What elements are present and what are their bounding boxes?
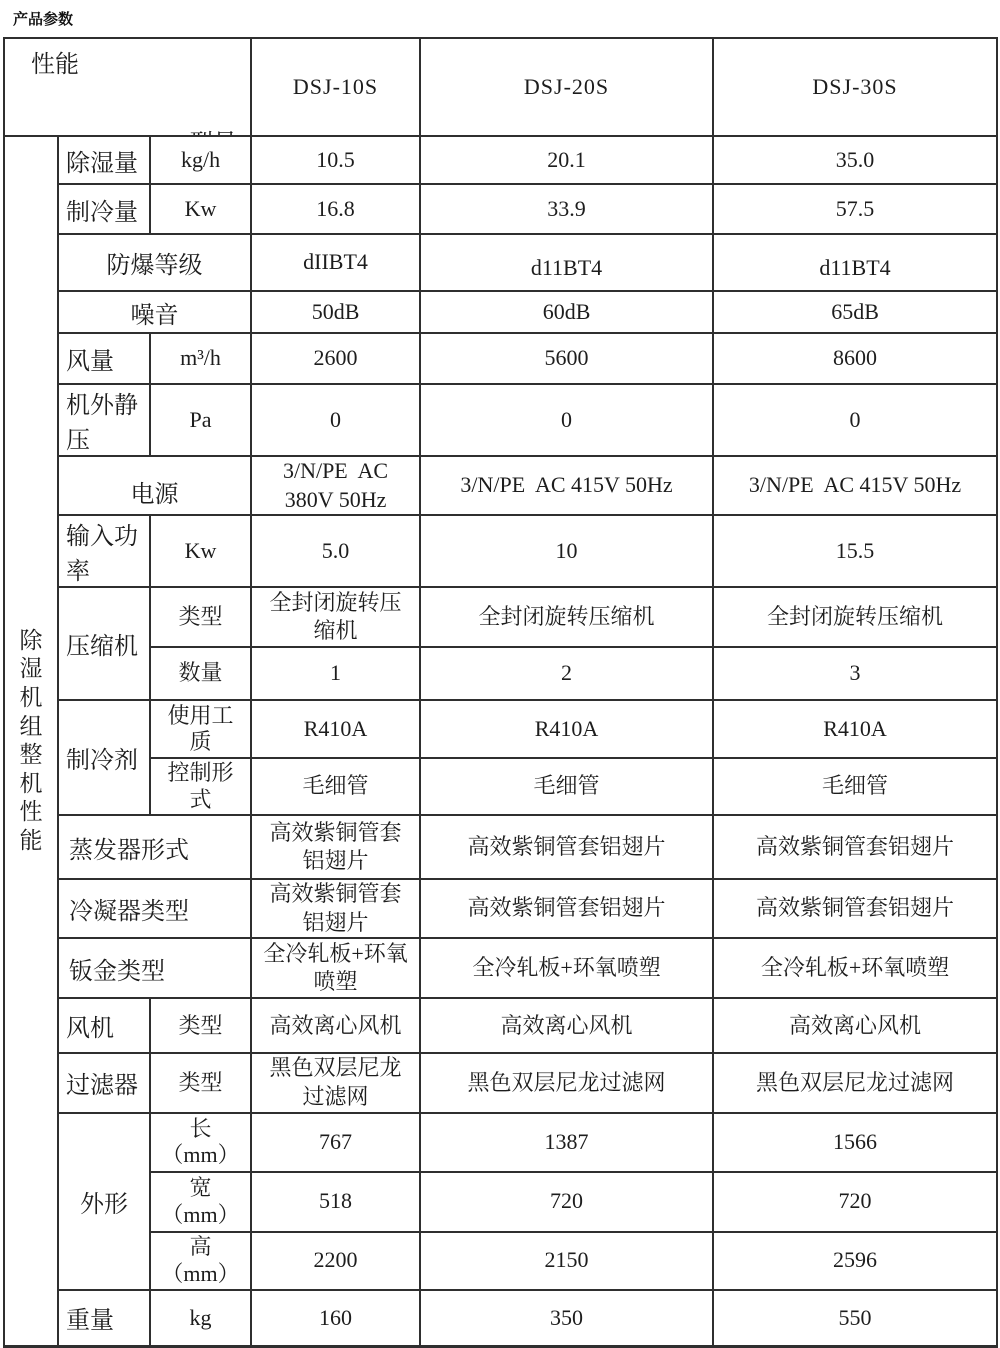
cell-value: 50dB	[251, 291, 420, 333]
table-row: 蒸发器形式 高效紫铜管套 铝翅片 高效紫铜管套铝翅片 高效紫铜管套铝翅片	[4, 815, 997, 879]
table-row: 风机 类型 高效离心风机 高效离心风机 高效离心风机	[4, 998, 997, 1053]
side-label: 除湿机组整机性能	[19, 627, 43, 855]
corner-model-label: 型号	[189, 123, 237, 136]
side-label-cell: 除湿机组整机性能	[4, 136, 58, 1347]
cell-value: 2596	[713, 1232, 997, 1290]
cell-value: 高效紫铜管套铝翅片	[713, 815, 997, 879]
cell-value: 高效紫铜管套 铝翅片	[251, 879, 420, 938]
row-unit: Kw	[150, 515, 251, 587]
cell-value: 0	[713, 384, 997, 456]
cell-value: 1	[251, 647, 420, 700]
cell-value: 350	[420, 1290, 713, 1347]
row-unit: Kw	[150, 184, 251, 234]
cell-value: 全冷轧板+环氧 喷塑	[251, 938, 420, 998]
row-label: 蒸发器形式	[58, 815, 251, 879]
cell-value: R410A	[251, 700, 420, 758]
cell-value: 10.5	[251, 136, 420, 184]
table-row: 制冷剂 使用工 质 R410A R410A R410A	[4, 700, 997, 758]
cell-value: 518	[251, 1172, 420, 1232]
cell-value: 全冷轧板+环氧喷塑	[713, 938, 997, 998]
table-row: 压缩机 类型 全封闭旋转压 缩机 全封闭旋转压缩机 全封闭旋转压缩机	[4, 587, 997, 647]
corner-cell: 型号 性能	[4, 38, 251, 136]
row-unit: 高 （mm）	[150, 1232, 251, 1290]
row-label: 输入功率	[58, 515, 150, 587]
table-row: 噪音 50dB 60dB 65dB	[4, 291, 997, 333]
row-label: 冷凝器类型	[58, 879, 251, 938]
row-unit: kg/h	[150, 136, 251, 184]
row-unit: 控制形 式	[150, 758, 251, 815]
cell-value: 1566	[713, 1113, 997, 1172]
row-label: 噪音	[58, 291, 251, 333]
cell-value: 720	[420, 1172, 713, 1232]
table-row: 控制形 式 毛细管 毛细管 毛细管	[4, 758, 997, 815]
cell-value: 720	[713, 1172, 997, 1232]
corner-performance-label: 性能	[31, 44, 79, 79]
cell-value: 黑色双层尼龙过滤网	[420, 1053, 713, 1112]
row-label: 过滤器	[58, 1053, 150, 1112]
cell-value: 33.9	[420, 184, 713, 234]
cell-value: 2150	[420, 1232, 713, 1290]
cell-value: 高效紫铜管套铝翅片	[713, 879, 997, 938]
cell-value: 160	[251, 1290, 420, 1347]
row-unit: 类型	[150, 1053, 251, 1112]
cell-value: 35.0	[713, 136, 997, 184]
cell-value: 3/N/PE AC 415V 50Hz	[713, 456, 997, 515]
cell-value: 1387	[420, 1113, 713, 1172]
row-group-label: 外形	[58, 1113, 150, 1290]
row-unit: 类型	[150, 587, 251, 647]
row-unit: kg	[150, 1290, 251, 1347]
row-group-label: 制冷剂	[58, 700, 150, 815]
row-label: 防爆等级	[58, 234, 251, 291]
table-row: 宽 （mm） 518 720 720	[4, 1172, 997, 1232]
row-label: 制冷量	[58, 184, 150, 234]
cell-value: 3/N/PE AC 415V 50Hz	[420, 456, 713, 515]
cell-value: 10	[420, 515, 713, 587]
row-unit: 长 （mm）	[150, 1113, 251, 1172]
cell-value: 2200	[251, 1232, 420, 1290]
cell-value: 5600	[420, 333, 713, 384]
cell-value: d11BT4	[713, 234, 997, 291]
row-unit: m³/h	[150, 333, 251, 384]
table-header-row: 型号 性能 DSJ-10S DSJ-20S DSJ-30S	[4, 38, 997, 136]
cell-value: 全封闭旋转压缩机	[420, 587, 713, 647]
table-row: 过滤器 类型 黑色双层尼龙 过滤网 黑色双层尼龙过滤网 黑色双层尼龙过滤网	[4, 1053, 997, 1112]
cell-value: 767	[251, 1113, 420, 1172]
row-unit: Pa	[150, 384, 251, 456]
row-label: 机外静压	[58, 384, 150, 456]
row-label: 重量	[58, 1290, 150, 1347]
product-parameters-table: 型号 性能 DSJ-10S DSJ-20S DSJ-30S 除湿机组整机性能 除…	[3, 37, 998, 1348]
model-header-dsj30s: DSJ-30S	[713, 38, 997, 136]
row-unit: 类型	[150, 998, 251, 1053]
cell-value: 60dB	[420, 291, 713, 333]
row-unit: 使用工 质	[150, 700, 251, 758]
cell-value: 3	[713, 647, 997, 700]
cell-value: 全封闭旋转压 缩机	[251, 587, 420, 647]
cell-value: 550	[713, 1290, 997, 1347]
table-row: 外形 长 （mm） 767 1387 1566	[4, 1113, 997, 1172]
row-unit: 宽 （mm）	[150, 1172, 251, 1232]
page-title: 产品参数	[13, 8, 73, 29]
model-header-dsj10s: DSJ-10S	[251, 38, 420, 136]
cell-value: 高效紫铜管套铝翅片	[420, 879, 713, 938]
table-row: 除湿机组整机性能 除湿量 kg/h 10.5 20.1 35.0	[4, 136, 997, 184]
cell-value: 8600	[713, 333, 997, 384]
cell-value: 0	[420, 384, 713, 456]
cell-value: R410A	[713, 700, 997, 758]
table-row: 风量 m³/h 2600 5600 8600	[4, 333, 997, 384]
row-label: 电源	[58, 456, 251, 515]
cell-value: 毛细管	[420, 758, 713, 815]
table-row: 钣金类型 全冷轧板+环氧 喷塑 全冷轧板+环氧喷塑 全冷轧板+环氧喷塑	[4, 938, 997, 998]
cell-value: 全冷轧板+环氧喷塑	[420, 938, 713, 998]
table-row: 数量 1 2 3	[4, 647, 997, 700]
row-label: 除湿量	[58, 136, 150, 184]
cell-value: 57.5	[713, 184, 997, 234]
table-row: 冷凝器类型 高效紫铜管套 铝翅片 高效紫铜管套铝翅片 高效紫铜管套铝翅片	[4, 879, 997, 938]
row-label: 风机	[58, 998, 150, 1053]
cell-value: 黑色双层尼龙过滤网	[713, 1053, 997, 1112]
cell-value: 全封闭旋转压缩机	[713, 587, 997, 647]
row-label: 风量	[58, 333, 150, 384]
cell-value: 15.5	[713, 515, 997, 587]
cell-value: 5.0	[251, 515, 420, 587]
cell-value: dIIBT4	[251, 234, 420, 291]
table-row: 电源 3/N/PE AC 380V 50Hz 3/N/PE AC 415V 50…	[4, 456, 997, 515]
cell-value: 2	[420, 647, 713, 700]
cell-value: d11BT4	[420, 234, 713, 291]
cell-value: 3/N/PE AC 380V 50Hz	[251, 456, 420, 515]
cell-value: 黑色双层尼龙 过滤网	[251, 1053, 420, 1112]
cell-value: 毛细管	[713, 758, 997, 815]
cell-value: 高效紫铜管套 铝翅片	[251, 815, 420, 879]
cell-value: 高效离心风机	[251, 998, 420, 1053]
row-label: 钣金类型	[58, 938, 251, 998]
cell-value: 高效离心风机	[420, 998, 713, 1053]
cell-value: 20.1	[420, 136, 713, 184]
cell-value: 65dB	[713, 291, 997, 333]
table-row: 高 （mm） 2200 2150 2596	[4, 1232, 997, 1290]
table-row: 制冷量 Kw 16.8 33.9 57.5	[4, 184, 997, 234]
table-row: 输入功率 Kw 5.0 10 15.5	[4, 515, 997, 587]
row-group-label: 压缩机	[58, 587, 150, 700]
cell-value: 16.8	[251, 184, 420, 234]
cell-value: 高效离心风机	[713, 998, 997, 1053]
cell-value: 高效紫铜管套铝翅片	[420, 815, 713, 879]
cell-value: 毛细管	[251, 758, 420, 815]
table-row: 防爆等级 dIIBT4 d11BT4 d11BT4	[4, 234, 997, 291]
cell-value: 0	[251, 384, 420, 456]
cell-value: R410A	[420, 700, 713, 758]
table-row: 机外静压 Pa 0 0 0	[4, 384, 997, 456]
cell-value: 2600	[251, 333, 420, 384]
model-header-dsj20s: DSJ-20S	[420, 38, 713, 136]
row-unit: 数量	[150, 647, 251, 700]
table-row: 重量 kg 160 350 550	[4, 1290, 997, 1347]
